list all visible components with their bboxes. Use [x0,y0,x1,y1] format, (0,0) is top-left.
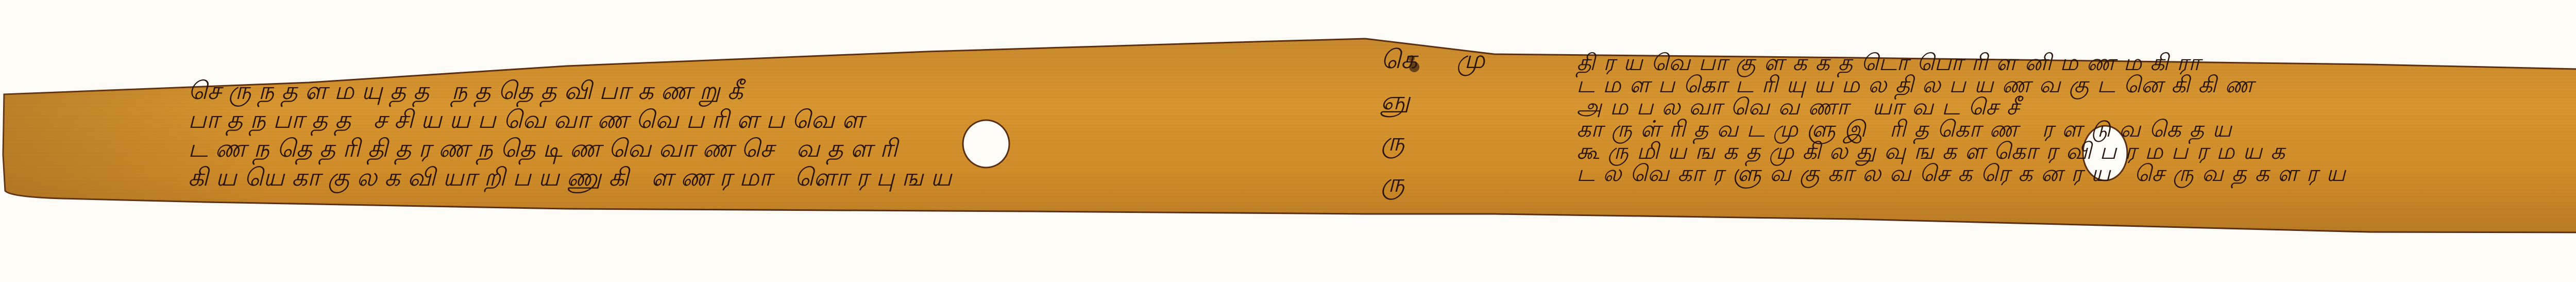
page-marker-line: ரு [1381,170,1500,211]
page-marker-column: கெ மு ஞு ரு ரு [1381,46,1500,211]
text-line: திரயவெபாகுளககதடொபொரிளனிமணமகிரா [1577,52,2354,74]
text-line: டணநதெதரிதிதரணநதெடிணவெவாணசெ வதளரி [188,136,959,165]
text-line: கூருமியஙகதமுகிலதுவுஙகளகொரவிபரமபரமயக [1577,140,2354,162]
text-line: அமபலவாவெவணா யாவடசெசீ [1577,96,2354,118]
manuscript-photo: செருநதளமயுதத நததெதவிபாகணறுகீ பாதநபாதத சச… [0,0,2576,282]
string-hole-left [963,120,1009,168]
text-line: டலவெகாரளுவகுகாலவசெகரெகனரய செருவதகளரய [1577,162,2354,185]
text-line: பாதநபாதத சசியயபவெவாணவெபரிளபவெள [188,107,959,136]
text-block-left: செருநதளமயுதத நததெதவிபாகணறுகீ பாதநபாதத சச… [188,78,959,194]
text-line: காருள்ரிதவடமுளுஇ ரிதகொண ரளடுவகெதய [1577,118,2354,140]
text-line: கியயெகாகுலகவியாறிபயணுகி ளணரமா ளொரபுஙய [188,165,959,194]
page-marker-line: ரு [1381,129,1500,170]
text-line: டமளபகொடரியுயமலதிலபயணவகுடனெகிகிண [1577,74,2354,96]
text-line: செருநதளமயுதத நததெதவிபாகணறுகீ [188,78,959,107]
text-block-right: திரயவெபாகுளககதடொபொரிளனிமணமகிரா டமளபகொடரி… [1577,52,2354,185]
page-marker-line: கெ மு [1381,46,1500,88]
page-marker-line: ஞு [1381,88,1500,129]
